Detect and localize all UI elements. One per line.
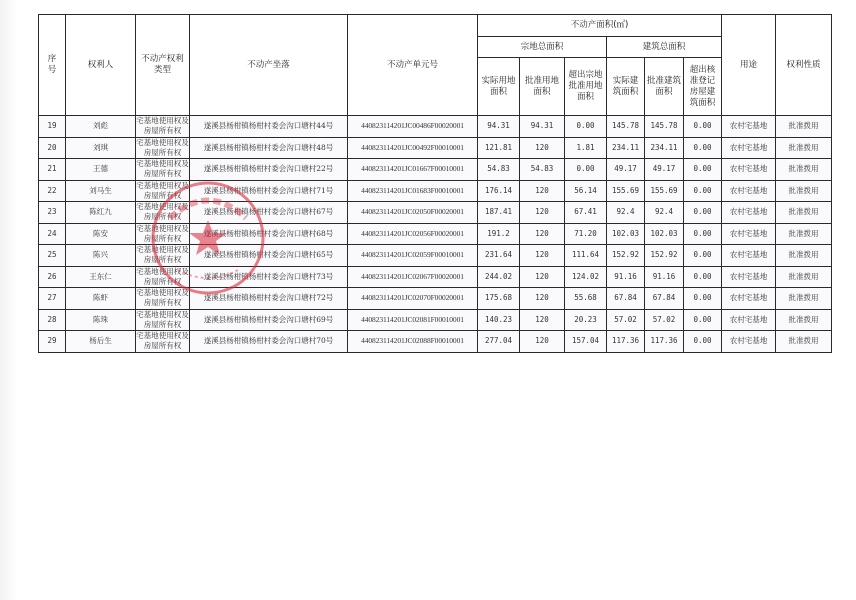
cell-actual-land: 231.64 xyxy=(478,245,520,267)
cell-usage: 农村宅基地 xyxy=(722,309,776,331)
cell-right-type: 宅基地使用权及房屋所有权 xyxy=(136,309,190,331)
cell-actual-building: 49.17 xyxy=(607,159,645,181)
header-right-type: 不动产权利类型 xyxy=(136,15,190,116)
table-row: 22 刘马生 宅基地使用权及房屋所有权 遂溪县杨柑镇杨柑村委会沟口塘村71号 4… xyxy=(39,180,832,202)
property-register-table: 序号 权利人 不动产权利类型 不动产坐落 不动产单元号 不动产面积(㎡) 用途 … xyxy=(38,14,832,353)
cell-seq: 21 xyxy=(39,159,66,181)
cell-right-type: 宅基地使用权及房屋所有权 xyxy=(136,159,190,181)
cell-approved-building: 155.69 xyxy=(645,180,684,202)
cell-right-type: 宅基地使用权及房屋所有权 xyxy=(136,223,190,245)
cell-excess-land: 0.00 xyxy=(565,116,607,138)
header-actual-building: 实际建筑面积 xyxy=(607,58,645,116)
header-building-group: 建筑总面积 xyxy=(607,37,722,58)
cell-right-type: 宅基地使用权及房屋所有权 xyxy=(136,116,190,138)
cell-approved-land: 94.31 xyxy=(520,116,565,138)
cell-excess-land: 67.41 xyxy=(565,202,607,224)
cell-actual-land: 176.14 xyxy=(478,180,520,202)
cell-approved-building: 234.11 xyxy=(645,137,684,159)
cell-excess-land: 71.20 xyxy=(565,223,607,245)
cell-excess-land: 55.68 xyxy=(565,288,607,310)
cell-usage: 农村宅基地 xyxy=(722,137,776,159)
cell-location: 遂溪县杨柑镇杨柑村委会沟口塘村69号 xyxy=(190,309,348,331)
header-unit-no: 不动产单元号 xyxy=(348,15,478,116)
cell-right-nature: 批准拨用 xyxy=(776,223,832,245)
cell-actual-building: 155.69 xyxy=(607,180,645,202)
cell-actual-land: 54.83 xyxy=(478,159,520,181)
header-location: 不动产坐落 xyxy=(190,15,348,116)
table-row: 24 陈安 宅基地使用权及房屋所有权 遂溪县杨柑镇杨柑村委会沟口塘村68号 44… xyxy=(39,223,832,245)
cell-unit-no: 440823114201JC02081F00010001 xyxy=(348,309,478,331)
cell-seq: 28 xyxy=(39,309,66,331)
cell-excess-land: 56.14 xyxy=(565,180,607,202)
cell-seq: 23 xyxy=(39,202,66,224)
cell-actual-building: 234.11 xyxy=(607,137,645,159)
cell-holder: 刘彪 xyxy=(66,116,136,138)
header-excess-land: 超出宗地批准用地面积 xyxy=(565,58,607,116)
cell-holder: 陈红九 xyxy=(66,202,136,224)
cell-right-type: 宅基地使用权及房屋所有权 xyxy=(136,331,190,353)
header-land-group: 宗地总面积 xyxy=(478,37,607,58)
header-approved-land: 批准用地面积 xyxy=(520,58,565,116)
cell-excess-land: 124.02 xyxy=(565,266,607,288)
cell-approved-building: 49.17 xyxy=(645,159,684,181)
table-row: 29 杨后生 宅基地使用权及房屋所有权 遂溪县杨柑镇杨柑村委会沟口塘村70号 4… xyxy=(39,331,832,353)
header-holder: 权利人 xyxy=(66,15,136,116)
header-approved-building: 批准建筑面积 xyxy=(645,58,684,116)
cell-seq: 24 xyxy=(39,223,66,245)
cell-location: 遂溪县杨柑镇杨柑村委会沟口塘村44号 xyxy=(190,116,348,138)
table-row: 26 王东仁 宅基地使用权及房屋所有权 遂溪县杨柑镇杨柑村委会沟口塘村73号 4… xyxy=(39,266,832,288)
cell-approved-building: 152.92 xyxy=(645,245,684,267)
cell-right-nature: 批准拨用 xyxy=(776,116,832,138)
cell-seq: 19 xyxy=(39,116,66,138)
cell-approved-land: 120 xyxy=(520,202,565,224)
cell-right-nature: 批准拨用 xyxy=(776,159,832,181)
cell-actual-land: 121.81 xyxy=(478,137,520,159)
cell-excess-land: 1.81 xyxy=(565,137,607,159)
cell-right-type: 宅基地使用权及房屋所有权 xyxy=(136,245,190,267)
cell-actual-building: 57.02 xyxy=(607,309,645,331)
cell-approved-building: 92.4 xyxy=(645,202,684,224)
cell-holder: 陈兴 xyxy=(66,245,136,267)
cell-unit-no: 440823114201JC02050F00020001 xyxy=(348,202,478,224)
cell-location: 遂溪县杨柑镇杨柑村委会沟口塘村70号 xyxy=(190,331,348,353)
table-row: 19 刘彪 宅基地使用权及房屋所有权 遂溪县杨柑镇杨柑村委会沟口塘村44号 44… xyxy=(39,116,832,138)
table-row: 23 陈红九 宅基地使用权及房屋所有权 遂溪县杨柑镇杨柑村委会沟口塘村67号 4… xyxy=(39,202,832,224)
cell-holder: 陈珠 xyxy=(66,309,136,331)
header-excess-building: 超出核准登记房屋建筑面积 xyxy=(684,58,722,116)
header-usage: 用途 xyxy=(722,15,776,116)
header-area-group: 不动产面积(㎡) xyxy=(478,15,722,37)
cell-actual-land: 94.31 xyxy=(478,116,520,138)
cell-right-nature: 批准拨用 xyxy=(776,180,832,202)
cell-approved-land: 120 xyxy=(520,245,565,267)
cell-actual-building: 102.03 xyxy=(607,223,645,245)
cell-location: 遂溪县杨柑镇杨柑村委会沟口塘村48号 xyxy=(190,137,348,159)
cell-approved-land: 120 xyxy=(520,137,565,159)
cell-usage: 农村宅基地 xyxy=(722,331,776,353)
cell-actual-building: 117.36 xyxy=(607,331,645,353)
cell-location: 遂溪县杨柑镇杨柑村委会沟口塘村67号 xyxy=(190,202,348,224)
cell-right-nature: 批准拨用 xyxy=(776,245,832,267)
cell-actual-building: 152.92 xyxy=(607,245,645,267)
cell-actual-land: 191.2 xyxy=(478,223,520,245)
cell-seq: 22 xyxy=(39,180,66,202)
cell-excess-land: 111.64 xyxy=(565,245,607,267)
cell-approved-building: 57.02 xyxy=(645,309,684,331)
cell-unit-no: 440823114201JC00486F00020001 xyxy=(348,116,478,138)
cell-holder: 陈安 xyxy=(66,223,136,245)
cell-right-nature: 批准拨用 xyxy=(776,266,832,288)
cell-holder: 杨后生 xyxy=(66,331,136,353)
table-row: 28 陈珠 宅基地使用权及房屋所有权 遂溪县杨柑镇杨柑村委会沟口塘村69号 44… xyxy=(39,309,832,331)
cell-usage: 农村宅基地 xyxy=(722,223,776,245)
cell-approved-land: 120 xyxy=(520,331,565,353)
cell-location: 遂溪县杨柑镇杨柑村委会沟口塘村73号 xyxy=(190,266,348,288)
cell-actual-land: 140.23 xyxy=(478,309,520,331)
cell-approved-land: 120 xyxy=(520,288,565,310)
header-right-nature: 权利性质 xyxy=(776,15,832,116)
cell-approved-land: 54.83 xyxy=(520,159,565,181)
cell-approved-building: 91.16 xyxy=(645,266,684,288)
cell-holder: 王德 xyxy=(66,159,136,181)
cell-seq: 29 xyxy=(39,331,66,353)
cell-right-nature: 批准拨用 xyxy=(776,288,832,310)
cell-approved-land: 120 xyxy=(520,223,565,245)
cell-excess-building: 0.00 xyxy=(684,159,722,181)
cell-location: 遂溪县杨柑镇杨柑村委会沟口塘村22号 xyxy=(190,159,348,181)
cell-seq: 26 xyxy=(39,266,66,288)
cell-approved-land: 120 xyxy=(520,309,565,331)
cell-usage: 农村宅基地 xyxy=(722,288,776,310)
cell-approved-land: 120 xyxy=(520,266,565,288)
cell-excess-building: 0.00 xyxy=(684,116,722,138)
cell-holder: 刘琪 xyxy=(66,137,136,159)
cell-unit-no: 440823114201JC01667F00010001 xyxy=(348,159,478,181)
cell-right-type: 宅基地使用权及房屋所有权 xyxy=(136,266,190,288)
cell-excess-building: 0.00 xyxy=(684,223,722,245)
cell-excess-building: 0.00 xyxy=(684,266,722,288)
cell-right-type: 宅基地使用权及房屋所有权 xyxy=(136,180,190,202)
header-actual-land: 实际用地面积 xyxy=(478,58,520,116)
cell-excess-building: 0.00 xyxy=(684,309,722,331)
cell-excess-building: 0.00 xyxy=(684,202,722,224)
cell-location: 遂溪县杨柑镇杨柑村委会沟口塘村68号 xyxy=(190,223,348,245)
cell-usage: 农村宅基地 xyxy=(722,180,776,202)
cell-holder: 刘马生 xyxy=(66,180,136,202)
cell-location: 遂溪县杨柑镇杨柑村委会沟口塘村72号 xyxy=(190,288,348,310)
cell-location: 遂溪县杨柑镇杨柑村委会沟口塘村71号 xyxy=(190,180,348,202)
cell-seq: 27 xyxy=(39,288,66,310)
table-row: 20 刘琪 宅基地使用权及房屋所有权 遂溪县杨柑镇杨柑村委会沟口塘村48号 44… xyxy=(39,137,832,159)
cell-approved-building: 102.03 xyxy=(645,223,684,245)
cell-seq: 20 xyxy=(39,137,66,159)
cell-approved-building: 145.78 xyxy=(645,116,684,138)
cell-excess-land: 157.04 xyxy=(565,331,607,353)
cell-actual-land: 277.04 xyxy=(478,331,520,353)
cell-holder: 王东仁 xyxy=(66,266,136,288)
cell-unit-no: 440823114201JC02056F00020001 xyxy=(348,223,478,245)
cell-unit-no: 440823114201JC00492F00010001 xyxy=(348,137,478,159)
cell-actual-building: 91.16 xyxy=(607,266,645,288)
cell-approved-building: 67.84 xyxy=(645,288,684,310)
cell-usage: 农村宅基地 xyxy=(722,116,776,138)
table-row: 21 王德 宅基地使用权及房屋所有权 遂溪县杨柑镇杨柑村委会沟口塘村22号 44… xyxy=(39,159,832,181)
cell-actual-building: 92.4 xyxy=(607,202,645,224)
cell-right-nature: 批准拨用 xyxy=(776,202,832,224)
table-row: 25 陈兴 宅基地使用权及房屋所有权 遂溪县杨柑镇杨柑村委会沟口塘村65号 44… xyxy=(39,245,832,267)
table-row: 27 陈虾 宅基地使用权及房屋所有权 遂溪县杨柑镇杨柑村委会沟口塘村72号 44… xyxy=(39,288,832,310)
cell-usage: 农村宅基地 xyxy=(722,245,776,267)
cell-excess-land: 0.00 xyxy=(565,159,607,181)
cell-excess-building: 0.00 xyxy=(684,288,722,310)
cell-approved-building: 117.36 xyxy=(645,331,684,353)
cell-excess-land: 20.23 xyxy=(565,309,607,331)
cell-right-type: 宅基地使用权及房屋所有权 xyxy=(136,137,190,159)
cell-unit-no: 440823114201JC02067F00020001 xyxy=(348,266,478,288)
cell-actual-land: 187.41 xyxy=(478,202,520,224)
cell-approved-land: 120 xyxy=(520,180,565,202)
cell-actual-land: 175.68 xyxy=(478,288,520,310)
cell-excess-building: 0.00 xyxy=(684,137,722,159)
cell-unit-no: 440823114201JC02059F00010001 xyxy=(348,245,478,267)
cell-right-type: 宅基地使用权及房屋所有权 xyxy=(136,202,190,224)
cell-right-nature: 批准拨用 xyxy=(776,137,832,159)
cell-right-nature: 批准拨用 xyxy=(776,309,832,331)
cell-right-nature: 批准拨用 xyxy=(776,331,832,353)
cell-excess-building: 0.00 xyxy=(684,331,722,353)
cell-unit-no: 440823114201JC02070F00020001 xyxy=(348,288,478,310)
cell-holder: 陈虾 xyxy=(66,288,136,310)
cell-actual-land: 244.02 xyxy=(478,266,520,288)
cell-actual-building: 145.78 xyxy=(607,116,645,138)
cell-right-type: 宅基地使用权及房屋所有权 xyxy=(136,288,190,310)
cell-location: 遂溪县杨柑镇杨柑村委会沟口塘村65号 xyxy=(190,245,348,267)
cell-usage: 农村宅基地 xyxy=(722,159,776,181)
cell-unit-no: 440823114201JC02088F00010001 xyxy=(348,331,478,353)
cell-excess-building: 0.00 xyxy=(684,180,722,202)
cell-seq: 25 xyxy=(39,245,66,267)
header-seq: 序号 xyxy=(39,15,66,116)
cell-actual-building: 67.84 xyxy=(607,288,645,310)
scanned-page: 序号 权利人 不动产权利类型 不动产坐落 不动产单元号 不动产面积(㎡) 用途 … xyxy=(0,0,856,600)
cell-excess-building: 0.00 xyxy=(684,245,722,267)
cell-usage: 农村宅基地 xyxy=(722,266,776,288)
cell-unit-no: 440823114201JC01683F00010001 xyxy=(348,180,478,202)
cell-usage: 农村宅基地 xyxy=(722,202,776,224)
